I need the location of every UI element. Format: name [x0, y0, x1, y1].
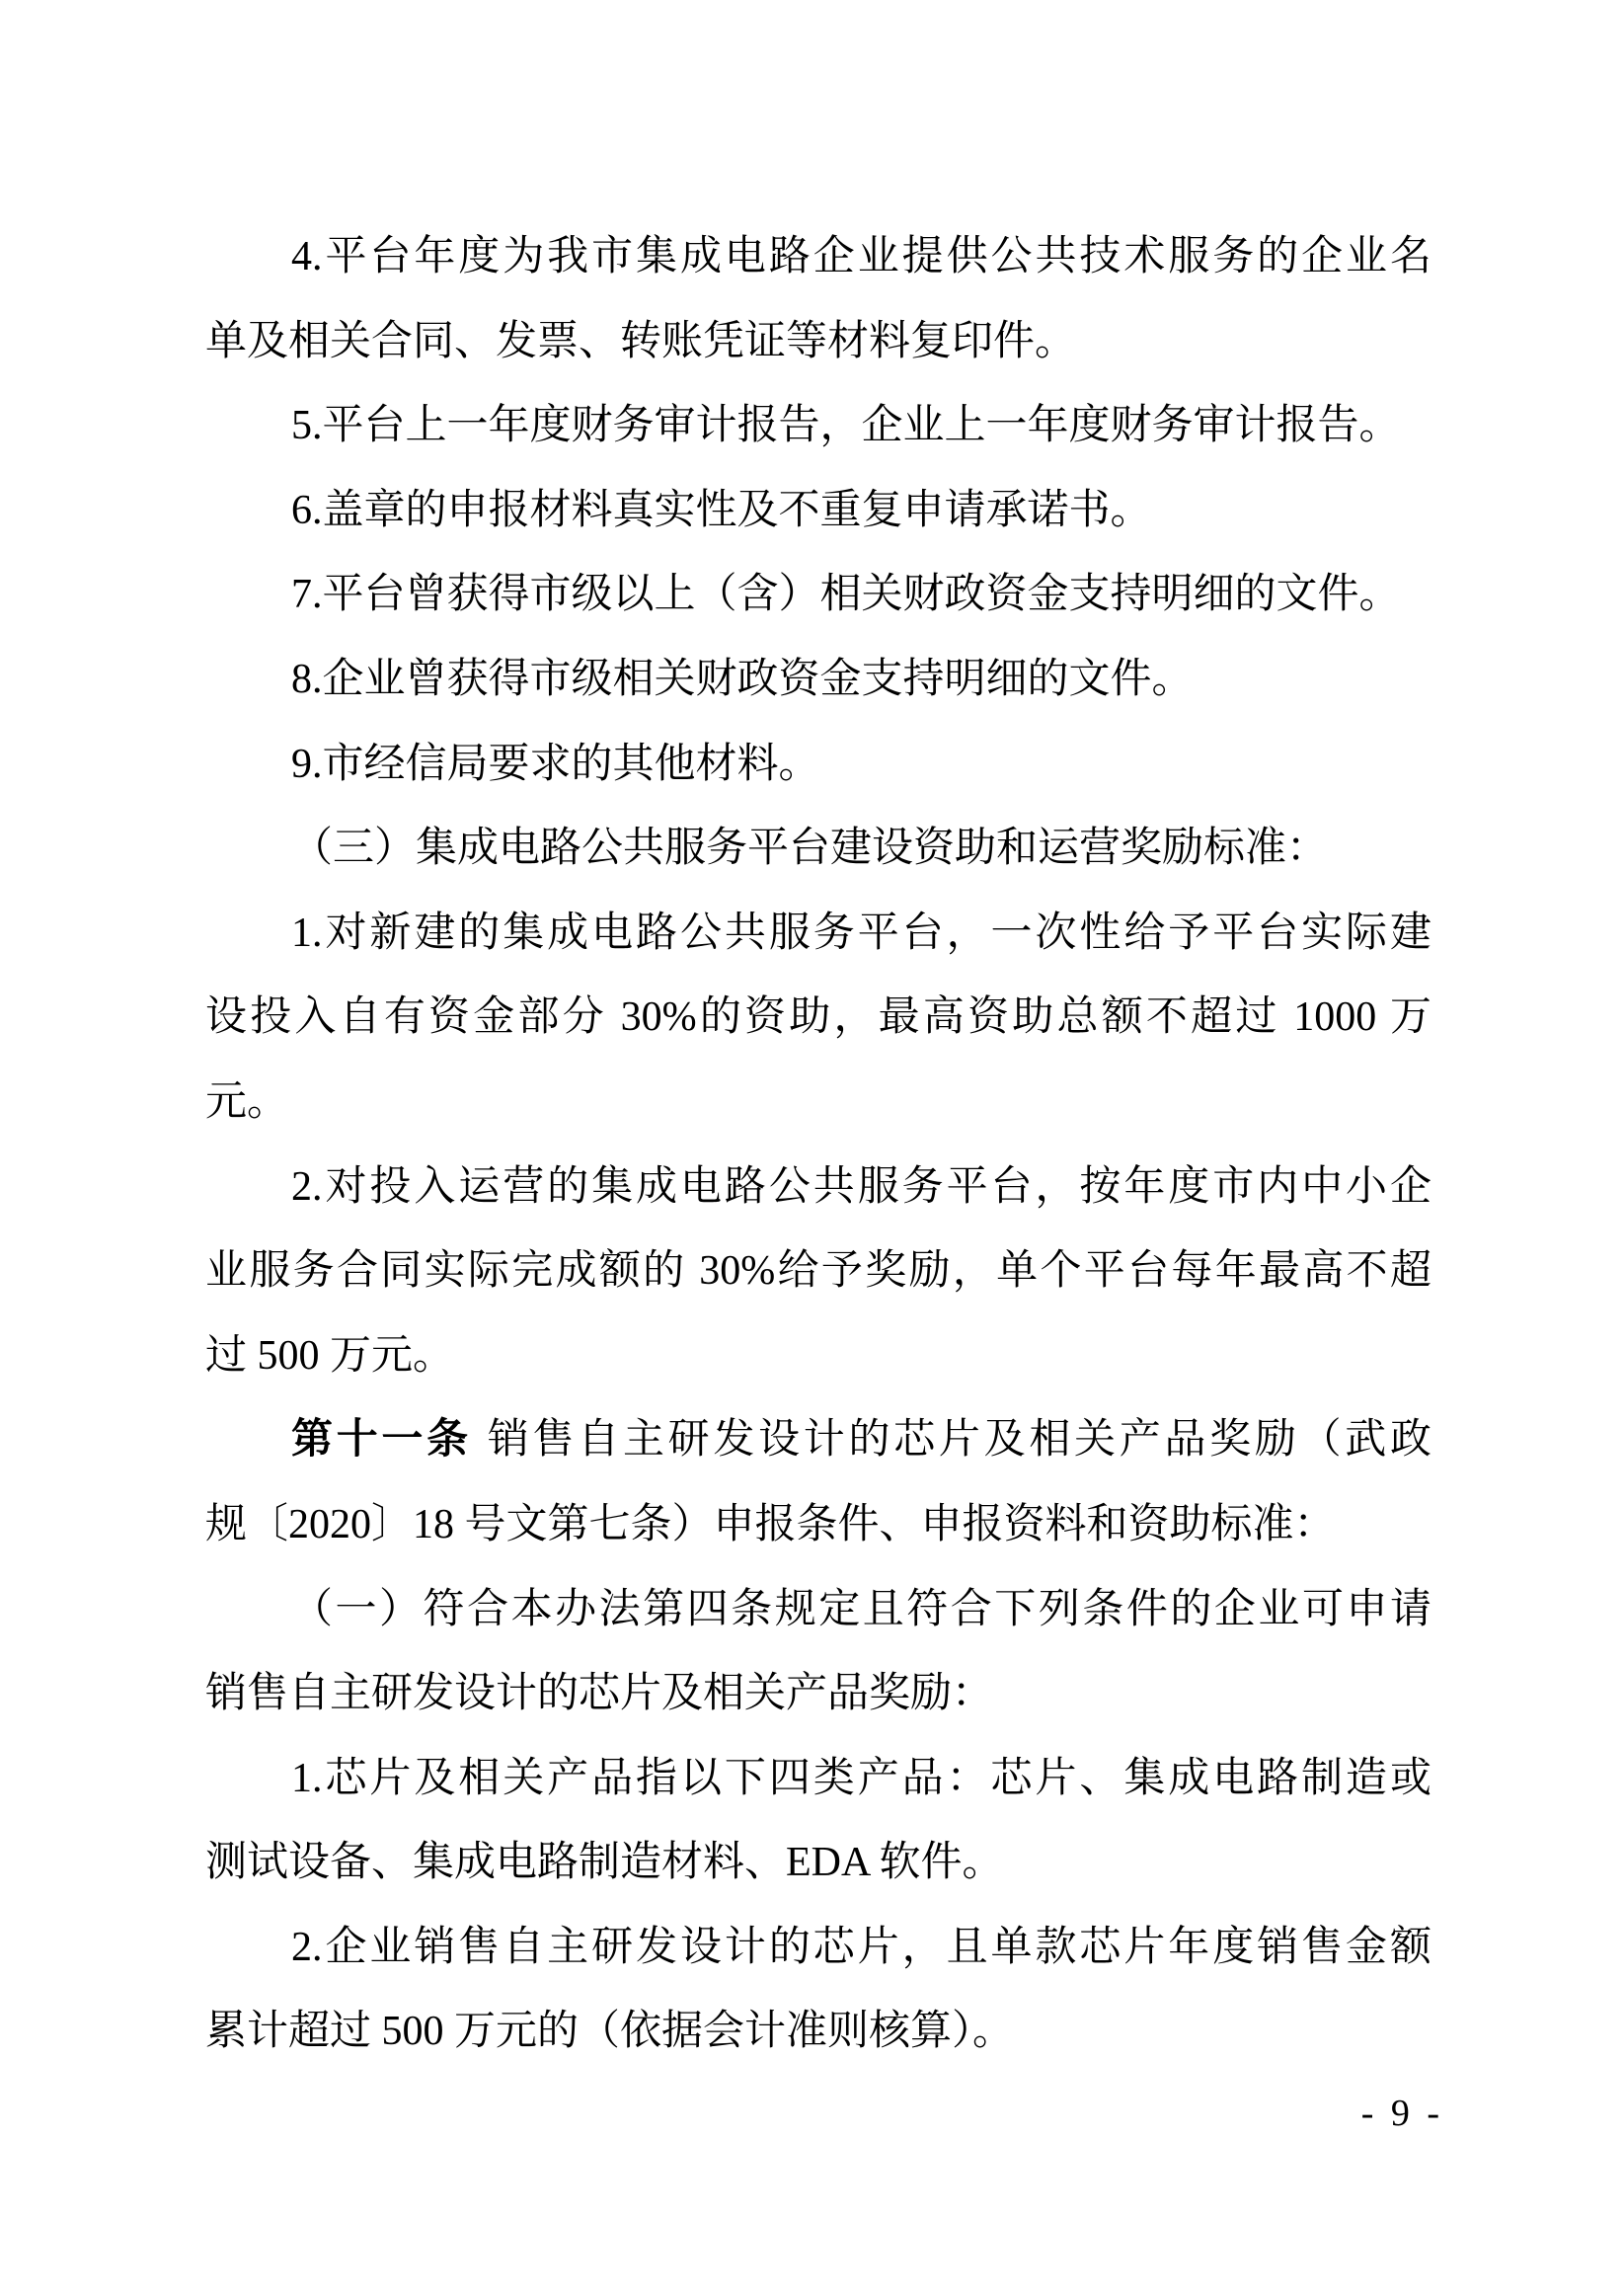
page-number: - 9 - — [1361, 2092, 1443, 2135]
text-segment: 销售自主研发设计的芯片及相关产品奖励（武政 — [488, 1417, 1431, 1463]
text-line: 1.对新建的集成电路公共服务平台，一次性给予平台实际建 — [205, 892, 1431, 977]
text-line: 累计超过 500 万元的（依据会计准则核算）。 — [205, 1990, 1431, 2075]
text-segment: 1.芯片及相关产品指以下四类产品：芯片、集成电路制造或 — [291, 1756, 1431, 1801]
text-segment: 累计超过 500 万元的（依据会计准则核算）。 — [205, 2009, 1014, 2054]
text-line: 元。 — [205, 1061, 1431, 1146]
text-line: 1.芯片及相关产品指以下四类产品：芯片、集成电路制造或 — [205, 1737, 1431, 1822]
text-line: 第十一条销售自主研发设计的芯片及相关产品奖励（武政 — [205, 1398, 1431, 1483]
text-line: 7.平台曾获得市级以上（含）相关财政资金支持明细的文件。 — [205, 553, 1431, 638]
text-segment: 4.平台年度为我市集成电路企业提供公共技术服务的企业名 — [291, 234, 1431, 279]
article-heading-bold: 第十一条 — [291, 1417, 472, 1463]
text-segment: 过 500 万元。 — [205, 1333, 454, 1379]
text-line: 8.企业曾获得市级相关财政资金支持明细的文件。 — [205, 638, 1431, 723]
text-line: （一）符合本办法第四条规定且符合下列条件的企业可申请 — [205, 1568, 1431, 1653]
document-page: 4.平台年度为我市集成电路企业提供公共技术服务的企业名单及相关合同、发票、转账凭… — [0, 0, 1624, 2296]
text-line: 5.平台上一年度财务审计报告，企业上一年度财务审计报告。 — [205, 384, 1431, 469]
text-segment: 设投入自有资金部分 30%的资助，最高资助总额不超过 1000 万 — [205, 994, 1431, 1040]
text-segment: 2.企业销售自主研发设计的芯片，且单款芯片年度销售金额 — [291, 1925, 1431, 1970]
text-segment: 2.对投入运营的集成电路公共服务平台，按年度市内中小企 — [291, 1164, 1431, 1210]
text-line: 过 500 万元。 — [205, 1314, 1431, 1399]
text-line: 9.市经信局要求的其他材料。 — [205, 723, 1431, 808]
text-segment: 8.企业曾获得市级相关财政资金支持明细的文件。 — [291, 657, 1194, 702]
text-segment: 9.市经信局要求的其他材料。 — [291, 742, 820, 787]
text-segment: 销售自主研发设计的芯片及相关产品奖励： — [205, 1671, 993, 1716]
text-line: 销售自主研发设计的芯片及相关产品奖励： — [205, 1652, 1431, 1737]
text-line: 测试设备、集成电路制造材料、EDA 软件。 — [205, 1821, 1431, 1906]
text-line: 2.企业销售自主研发设计的芯片，且单款芯片年度销售金额 — [205, 1906, 1431, 1991]
text-segment: 6.盖章的申报材料真实性及不重复申请承诺书。 — [291, 488, 1152, 533]
text-line: 规〔2020〕18 号文第七条）申报条件、申报资料和资助标准： — [205, 1483, 1431, 1568]
text-line: 业服务合同实际完成额的 30%给予奖励，单个平台每年最高不超 — [205, 1229, 1431, 1314]
text-segment: 7.平台曾获得市级以上（含）相关财政资金支持明细的文件。 — [291, 572, 1401, 617]
text-line: （三）集成电路公共服务平台建设资助和运营奖励标准： — [205, 807, 1431, 892]
text-segment: 1.对新建的集成电路公共服务平台，一次性给予平台实际建 — [291, 910, 1431, 956]
text-line: 6.盖章的申报材料真实性及不重复申请承诺书。 — [205, 469, 1431, 554]
document-body: 4.平台年度为我市集成电路企业提供公共技术服务的企业名单及相关合同、发票、转账凭… — [205, 215, 1431, 2075]
text-segment: 5.平台上一年度财务审计报告，企业上一年度财务审计报告。 — [291, 403, 1401, 448]
text-segment: （一）符合本办法第四条规定且符合下列条件的企业可申请 — [291, 1587, 1431, 1632]
text-line: 设投入自有资金部分 30%的资助，最高资助总额不超过 1000 万 — [205, 976, 1431, 1061]
text-segment: 元。 — [205, 1079, 288, 1125]
text-segment: （三）集成电路公共服务平台建设资助和运营奖励标准： — [291, 826, 1328, 871]
text-line: 4.平台年度为我市集成电路企业提供公共技术服务的企业名 — [205, 215, 1431, 300]
text-segment: 规〔2020〕18 号文第七条）申报条件、申报资料和资助标准： — [205, 1502, 1336, 1547]
text-line: 单及相关合同、发票、转账凭证等材料复印件。 — [205, 300, 1431, 385]
text-segment: 测试设备、集成电路制造材料、EDA 软件。 — [205, 1840, 1004, 1885]
text-line: 2.对投入运营的集成电路公共服务平台，按年度市内中小企 — [205, 1146, 1431, 1230]
text-segment: 单及相关合同、发票、转账凭证等材料复印件。 — [205, 319, 1076, 364]
text-segment: 业服务合同实际完成额的 30%给予奖励，单个平台每年最高不超 — [205, 1248, 1431, 1294]
